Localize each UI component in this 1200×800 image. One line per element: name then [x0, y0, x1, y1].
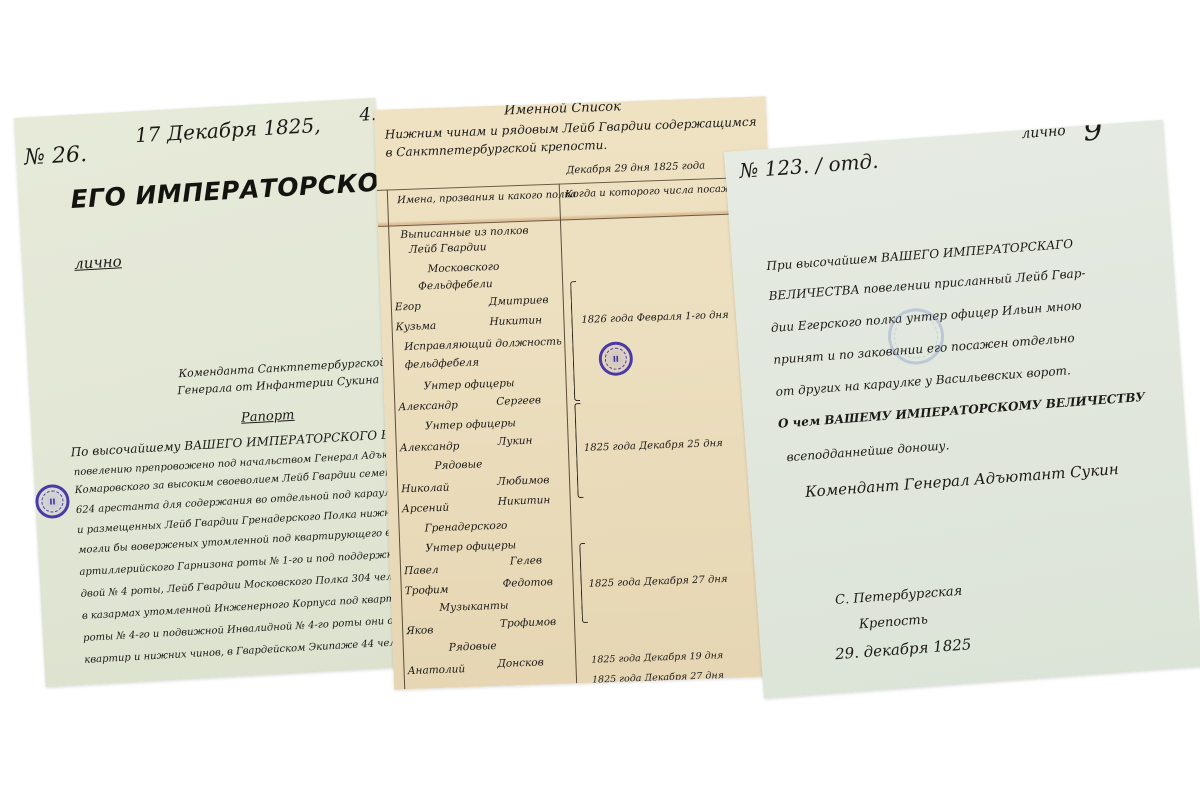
place-line: Крепость [858, 612, 928, 632]
list-date: Декабря 29 дня 1825 года [566, 160, 705, 176]
archive-stamp-icon: II [35, 484, 71, 520]
person-surname: Трофимов [500, 616, 557, 630]
group-heading: Унтер офицеры [425, 539, 516, 554]
group-heading: Лейб Гвардии [409, 241, 487, 256]
list-title: Именной Список [504, 99, 621, 118]
report-heading: Рапорт [241, 408, 295, 426]
bracket [570, 281, 580, 401]
person-first-name: Егор [395, 300, 421, 313]
group-heading: Московского [427, 261, 499, 275]
body-line: от других на караулке у Васильевских вор… [775, 363, 1071, 399]
column-header: Имена, прозвания и какого полка [397, 189, 577, 206]
custody-date: 1825 года Декабря 25 дня [584, 438, 723, 454]
place-line: С. Петербургская [835, 584, 963, 608]
bracket [579, 543, 588, 623]
group-heading: Гренадерского [424, 520, 507, 535]
person-first-name: Трофим [405, 584, 449, 598]
group-heading: Рядовые [449, 640, 497, 654]
report-document-right: № 123. / отд. лично 9 При высочайшем ВАШ… [724, 120, 1200, 699]
person-first-name: Александр [398, 399, 458, 413]
body-line: О чем ВАШЕМУ ИМПЕРАТОРСКОМУ ВЕЛИЧЕСТВУ [778, 390, 1146, 431]
person-first-name: Кузьма [395, 320, 436, 333]
addressee-heading: ЕГО ИМПЕРАТОРСКОМУ ВЕЛИЧЕСТВУ [70, 154, 407, 214]
person-surname: Донсков [497, 656, 544, 670]
custody-date: 1825 года Декабря 27 дня [588, 574, 727, 590]
group-heading: Унтер офицеры [423, 377, 514, 392]
person-surname: Дмитриев [489, 294, 549, 308]
bracket [574, 403, 583, 498]
group-heading: Исправляющий должность [404, 336, 562, 353]
person-surname: Гелев [510, 554, 543, 567]
document-date: 17 Декабря 1825, [134, 113, 321, 147]
person-first-name: Анатолий [407, 663, 465, 677]
person-surname: Сергеев [496, 394, 541, 408]
group-heading: Фельдфебели [418, 278, 493, 293]
name-list-document-middle: Именной Список Нижним чинам и рядовым Ле… [374, 96, 786, 689]
list-subtitle: в Санктпетербургской крепости. [385, 138, 607, 160]
person-surname: Федотов [502, 576, 553, 590]
signature: Комендант Генерал Адъютант Сукин [804, 460, 1119, 501]
body-line: всеподданнейше доношу. [786, 438, 950, 464]
person-first-name: Александр [400, 440, 460, 454]
report-document-left: № 26. 17 Декабря 1825, 4. ЕГО ИМПЕРАТОРС… [14, 98, 407, 687]
folio-note: лично [1021, 123, 1066, 142]
document-number: № 123. / отд. [739, 149, 880, 183]
folio-number: 9 [1082, 120, 1104, 149]
person-surname: Лукин [497, 435, 532, 448]
person-surname: Никитин [489, 314, 542, 328]
custody-date: 1826 года Февраля 1-го дня [581, 310, 729, 326]
person-first-name: Яков [406, 624, 434, 637]
body-line: ВЕЛИЧЕСТВА повелении присланный Лейб Гва… [768, 266, 1086, 303]
document-number: № 26. [24, 142, 88, 170]
group-heading: Музыканты [439, 600, 508, 614]
archive-stamp-icon: II [598, 341, 633, 376]
group-heading: фельдфебеля [405, 356, 480, 371]
person-first-name: Арсений [402, 502, 450, 516]
document-collage: № 26. 17 Декабря 1825, 4. ЕГО ИМПЕРАТОРС… [0, 0, 1200, 800]
custody-date: 1825 года Декабря 27 дня [592, 670, 724, 686]
list-subtitle: Нижним чинам и рядовым Лейб Гвардии соде… [385, 115, 757, 142]
person-first-name: Павел [404, 564, 439, 577]
group-heading: Унтер офицеры [425, 417, 516, 432]
custody-date: 1825 года Декабря 19 дня [591, 650, 723, 666]
margin-mark: лично [74, 252, 122, 273]
body-line: При высочайшем ВАШЕГО ИМПЕРАТОРСКАГО [766, 237, 1074, 273]
table-rule [559, 184, 577, 684]
person-surname: Никитин [498, 494, 551, 508]
person-surname: Любимов [497, 474, 550, 488]
person-first-name: Николай [401, 482, 450, 496]
group-heading: Выписанные из полков [400, 225, 529, 241]
document-date: 29. декабря 1825 [834, 635, 971, 663]
group-heading: Рядовые [434, 458, 482, 472]
